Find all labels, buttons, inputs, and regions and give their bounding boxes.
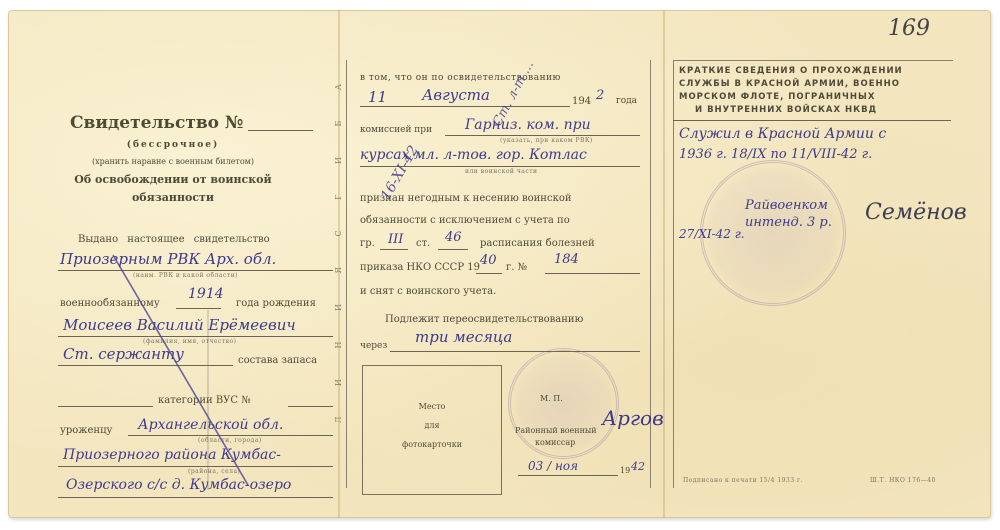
order-year-line [476, 273, 502, 274]
service-heading-1: КРАТКИЕ СВЕДЕНИЯ О ПРОХОЖДЕНИИ [679, 66, 903, 76]
native-label: уроженцу [60, 425, 112, 436]
sign-year-prefix: 19 [620, 466, 630, 475]
declared-line-2: обязанности с исключением с учета по [360, 215, 570, 226]
through-line [390, 351, 640, 352]
official-date: 27/XI-42 г. [679, 227, 745, 241]
official-title-line-1: Райвоенком [745, 198, 828, 213]
sign-year-value: 42 [631, 460, 645, 473]
right-frame-top [673, 60, 953, 61]
keep-note: (хранить наравне с военным билетом) [8, 157, 338, 166]
left-panel: Свидетельство № (бессрочное) (хранить на… [8, 10, 338, 518]
order-label: приказа НКО СССР 19 [360, 262, 480, 273]
heading-separator [673, 120, 951, 121]
right-frame-left [673, 60, 674, 488]
reexam-label: Подлежит переосвидетельствованию [385, 314, 583, 325]
service-heading-4: И ВНУТРЕННИХ ВОЙСКАХ НКВД [695, 105, 877, 115]
mp-label: М. П. [540, 394, 563, 403]
order-number-line [545, 273, 640, 274]
service-record-line-1: Служил в Красной Армии с [679, 126, 886, 142]
footer-form-code: Ш.Т. НКО 176—40 [870, 477, 936, 484]
issued-label: Выдано настоящее свидетельство [78, 234, 270, 245]
photo-box-line-2: для [363, 421, 501, 430]
schedule-label: расписания болезней [480, 238, 595, 249]
photo-placeholder-box: Место для фотокарточки [362, 365, 502, 495]
service-heading-3: МОРСКОМ ФЛОТЕ, ПОГРАНИЧНЫХ [679, 92, 875, 102]
through-label: через [360, 341, 387, 351]
service-heading-2: СЛУЖБЫ В КРАСНОЙ АРМИИ, ВОЕННО [679, 79, 900, 89]
commissar-label-1: Районный военный [515, 426, 597, 435]
sign-date-line [518, 475, 618, 476]
middle-panel: Л И Н И Я С Г И Б А в том, что он по осв… [340, 10, 663, 518]
commission-value: Гарниз. ком. при [465, 117, 591, 133]
official-title-line-2: интенд. 3 р. [745, 215, 832, 230]
fold-label: Л И Н И Я С Г И Б А [334, 70, 348, 423]
commission-hint: (указать, при каком РВК) [500, 137, 593, 144]
st-line [438, 249, 468, 250]
photo-box-line-3: фотокарточки [363, 440, 501, 449]
gr-label: гр. [360, 238, 375, 249]
exam-day-value: 11 [368, 88, 387, 106]
order-number-value: 184 [554, 252, 579, 267]
official-signature: Семёнов [865, 200, 967, 225]
heading-line-1: Об освобождении от воинской [8, 173, 338, 186]
certificate-number-line [248, 130, 313, 131]
certificate-title: Свидетельство № [70, 113, 243, 133]
order-year-value: 40 [480, 253, 497, 268]
gr-value: III [388, 232, 403, 247]
right-panel: КРАТКИЕ СВЕДЕНИЯ О ПРОХОЖДЕНИИ СЛУЖБЫ В … [665, 10, 991, 518]
through-value: три месяца [415, 328, 512, 346]
document-sheet: 169 Свидетельство № (бессрочное) (хранит… [8, 10, 991, 518]
exam-year-value: 2 [596, 88, 604, 103]
native-village-line [58, 497, 333, 498]
certificate-subtitle: (бессрочное) [8, 140, 338, 150]
photo-box-line-1: Место [363, 402, 501, 411]
removed-label: и снят с воинского учета. [360, 286, 496, 297]
diagonal-pen-stroke [108, 250, 258, 490]
st-label: ст. [416, 238, 430, 249]
commissar-signature: Аргов [602, 406, 664, 430]
vus-line [288, 406, 333, 407]
st-value: 46 [445, 230, 462, 245]
heading-line-2: обязанности [8, 191, 338, 204]
unit-hint: или воинской части [465, 168, 538, 175]
order-number-label: г. № [506, 262, 527, 273]
commission-label: комиссией при [360, 125, 432, 135]
unit-value: курсах мл. л-тов. гор. Котлас [360, 147, 587, 163]
commissar-label-2: комиссар [535, 438, 575, 447]
commission-line [445, 135, 640, 136]
exam-month-value: Августа [422, 86, 490, 104]
exam-year-suffix: года [616, 96, 637, 106]
sign-date-value: 03 / ноя [528, 459, 578, 473]
footer-print-date: Подписано к печати 15/4 1933 г. [683, 477, 803, 484]
exam-date-line [360, 106, 570, 107]
gr-line [380, 249, 408, 250]
exam-year-prefix: 194 [572, 96, 591, 107]
